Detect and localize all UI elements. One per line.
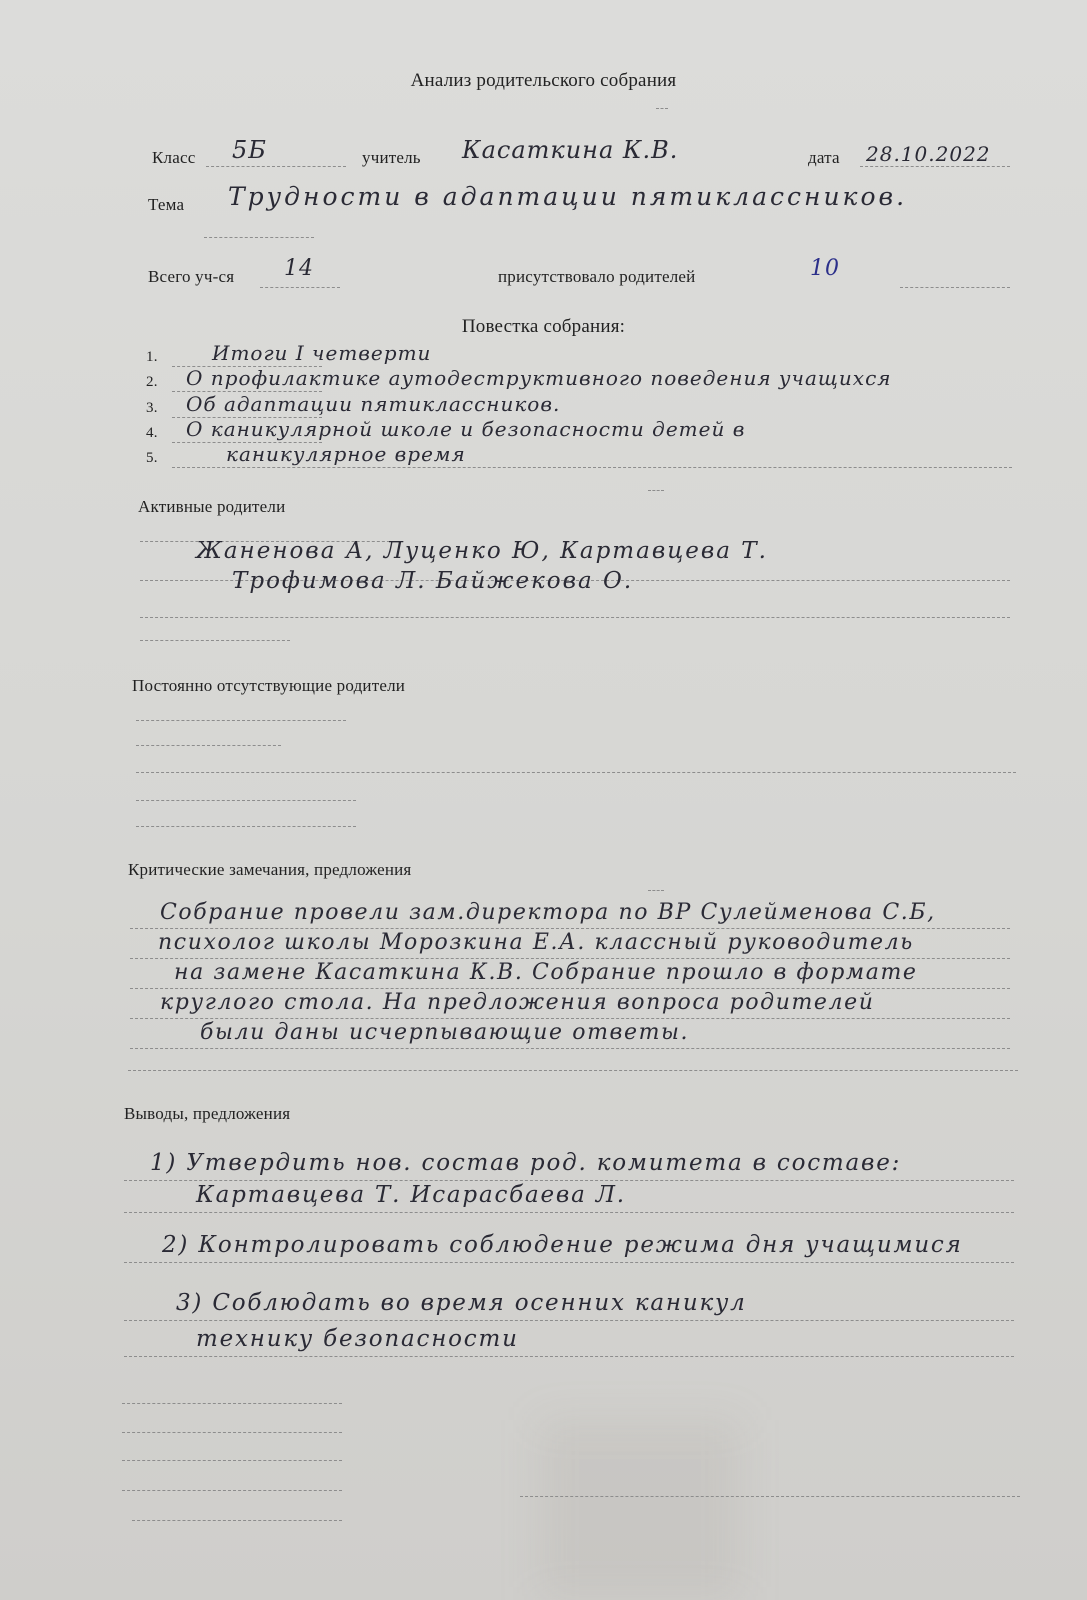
divider: [648, 890, 664, 891]
rule: [130, 928, 1010, 929]
remark-line: психолог школы Морозкина Е.А. классный р…: [158, 930, 914, 955]
agenda-number: 5.: [146, 450, 158, 467]
conclusion-line: технику безопасности: [196, 1326, 519, 1352]
present-label: присутствовало родителей: [498, 267, 695, 287]
photo-shadow: [540, 1420, 740, 1600]
remark-line: круглого стола. На предложения вопроса р…: [160, 990, 875, 1015]
date-value: 28.10.2022: [866, 142, 991, 166]
agenda-number: 4.: [146, 425, 158, 442]
agenda-heading: Повестка собрания:: [0, 316, 1087, 338]
date-label: дата: [808, 148, 840, 168]
absent-parents-heading: Постоянно отсутствующие родители: [132, 676, 405, 696]
remark-line: Собрание провели зам.директора по ВР Сул…: [160, 900, 936, 925]
topic-value: Трудности в адаптации пятиклассников.: [228, 182, 907, 211]
agenda-number: 3.: [146, 400, 158, 417]
agenda-item: О профилактике аутодеструктивного поведе…: [186, 366, 892, 390]
rule: [130, 958, 1010, 959]
rule: [130, 1048, 1010, 1049]
conclusion-line: 1) Утвердить нов. состав род. комитета в…: [150, 1150, 901, 1176]
active-parents-heading: Активные родители: [138, 497, 285, 517]
rule: [122, 1432, 342, 1433]
class-label: Класс: [152, 148, 195, 168]
topic-underline: [204, 237, 314, 238]
present-value: 10: [810, 256, 840, 281]
rule: [520, 1496, 1020, 1497]
rule: [124, 1320, 1014, 1321]
rule: [124, 1262, 1014, 1263]
date-underline: [860, 166, 1010, 167]
rule: [136, 772, 1016, 773]
rule: [122, 1403, 342, 1404]
conclusion-line: 3) Соблюдать во время осенних каникул: [176, 1290, 747, 1316]
active-parents-line-1: Жаненова А, Луценко Ю, Картавцева Т.: [196, 538, 768, 564]
rule: [136, 826, 356, 827]
remark-line: на замене Касаткина К.В. Собрание прошло…: [174, 960, 918, 985]
conclusion-line: Картавцева Т. Исарасбаева Л.: [196, 1182, 626, 1208]
teacher-value: Касаткина К.В.: [462, 136, 678, 164]
agenda-item: Итоги I четверти: [212, 341, 431, 365]
rule: [128, 1070, 1018, 1071]
rule: [136, 800, 356, 801]
rule: [124, 1356, 1014, 1357]
rule: [140, 640, 290, 641]
class-value: 5Б: [232, 136, 267, 164]
agenda-item: О каникулярной школе и безопасности дете…: [186, 417, 745, 441]
rule: [124, 1180, 1014, 1181]
class-underline: [206, 166, 346, 167]
rule: [132, 1520, 342, 1521]
rule: [124, 1212, 1014, 1213]
teacher-label: учитель: [362, 148, 421, 168]
rule: [122, 1490, 342, 1491]
agenda-number: 1.: [146, 349, 158, 366]
students-value: 14: [284, 256, 314, 281]
agenda-number: 2.: [146, 374, 158, 391]
rule: [130, 1018, 1010, 1019]
present-underline: [900, 287, 1010, 288]
rule: [130, 988, 1010, 989]
students-underline: [260, 287, 340, 288]
remark-line: были даны исчерпывающие ответы.: [200, 1020, 689, 1045]
divider: [656, 108, 668, 109]
critical-remarks-heading: Критические замечания, предложения: [128, 860, 411, 880]
students-label: Всего уч-ся: [148, 267, 234, 287]
form-title: Анализ родительского собрания: [0, 70, 1087, 92]
agenda-item: каникулярное время: [226, 442, 466, 466]
rule: [136, 745, 281, 746]
conclusion-line: 2) Контролировать соблюдение режима дня …: [162, 1232, 963, 1258]
active-parents-line-2: Трофимова Л. Байжекова О.: [232, 568, 633, 594]
topic-label: Тема: [148, 195, 184, 215]
rule: [136, 720, 346, 721]
conclusions-heading: Выводы, предложения: [124, 1104, 290, 1124]
rule: [122, 1460, 342, 1461]
agenda-item: Об адаптации пятиклассников.: [186, 392, 560, 416]
rule: [140, 617, 1010, 618]
divider: [648, 490, 664, 491]
rule: [172, 467, 1012, 468]
